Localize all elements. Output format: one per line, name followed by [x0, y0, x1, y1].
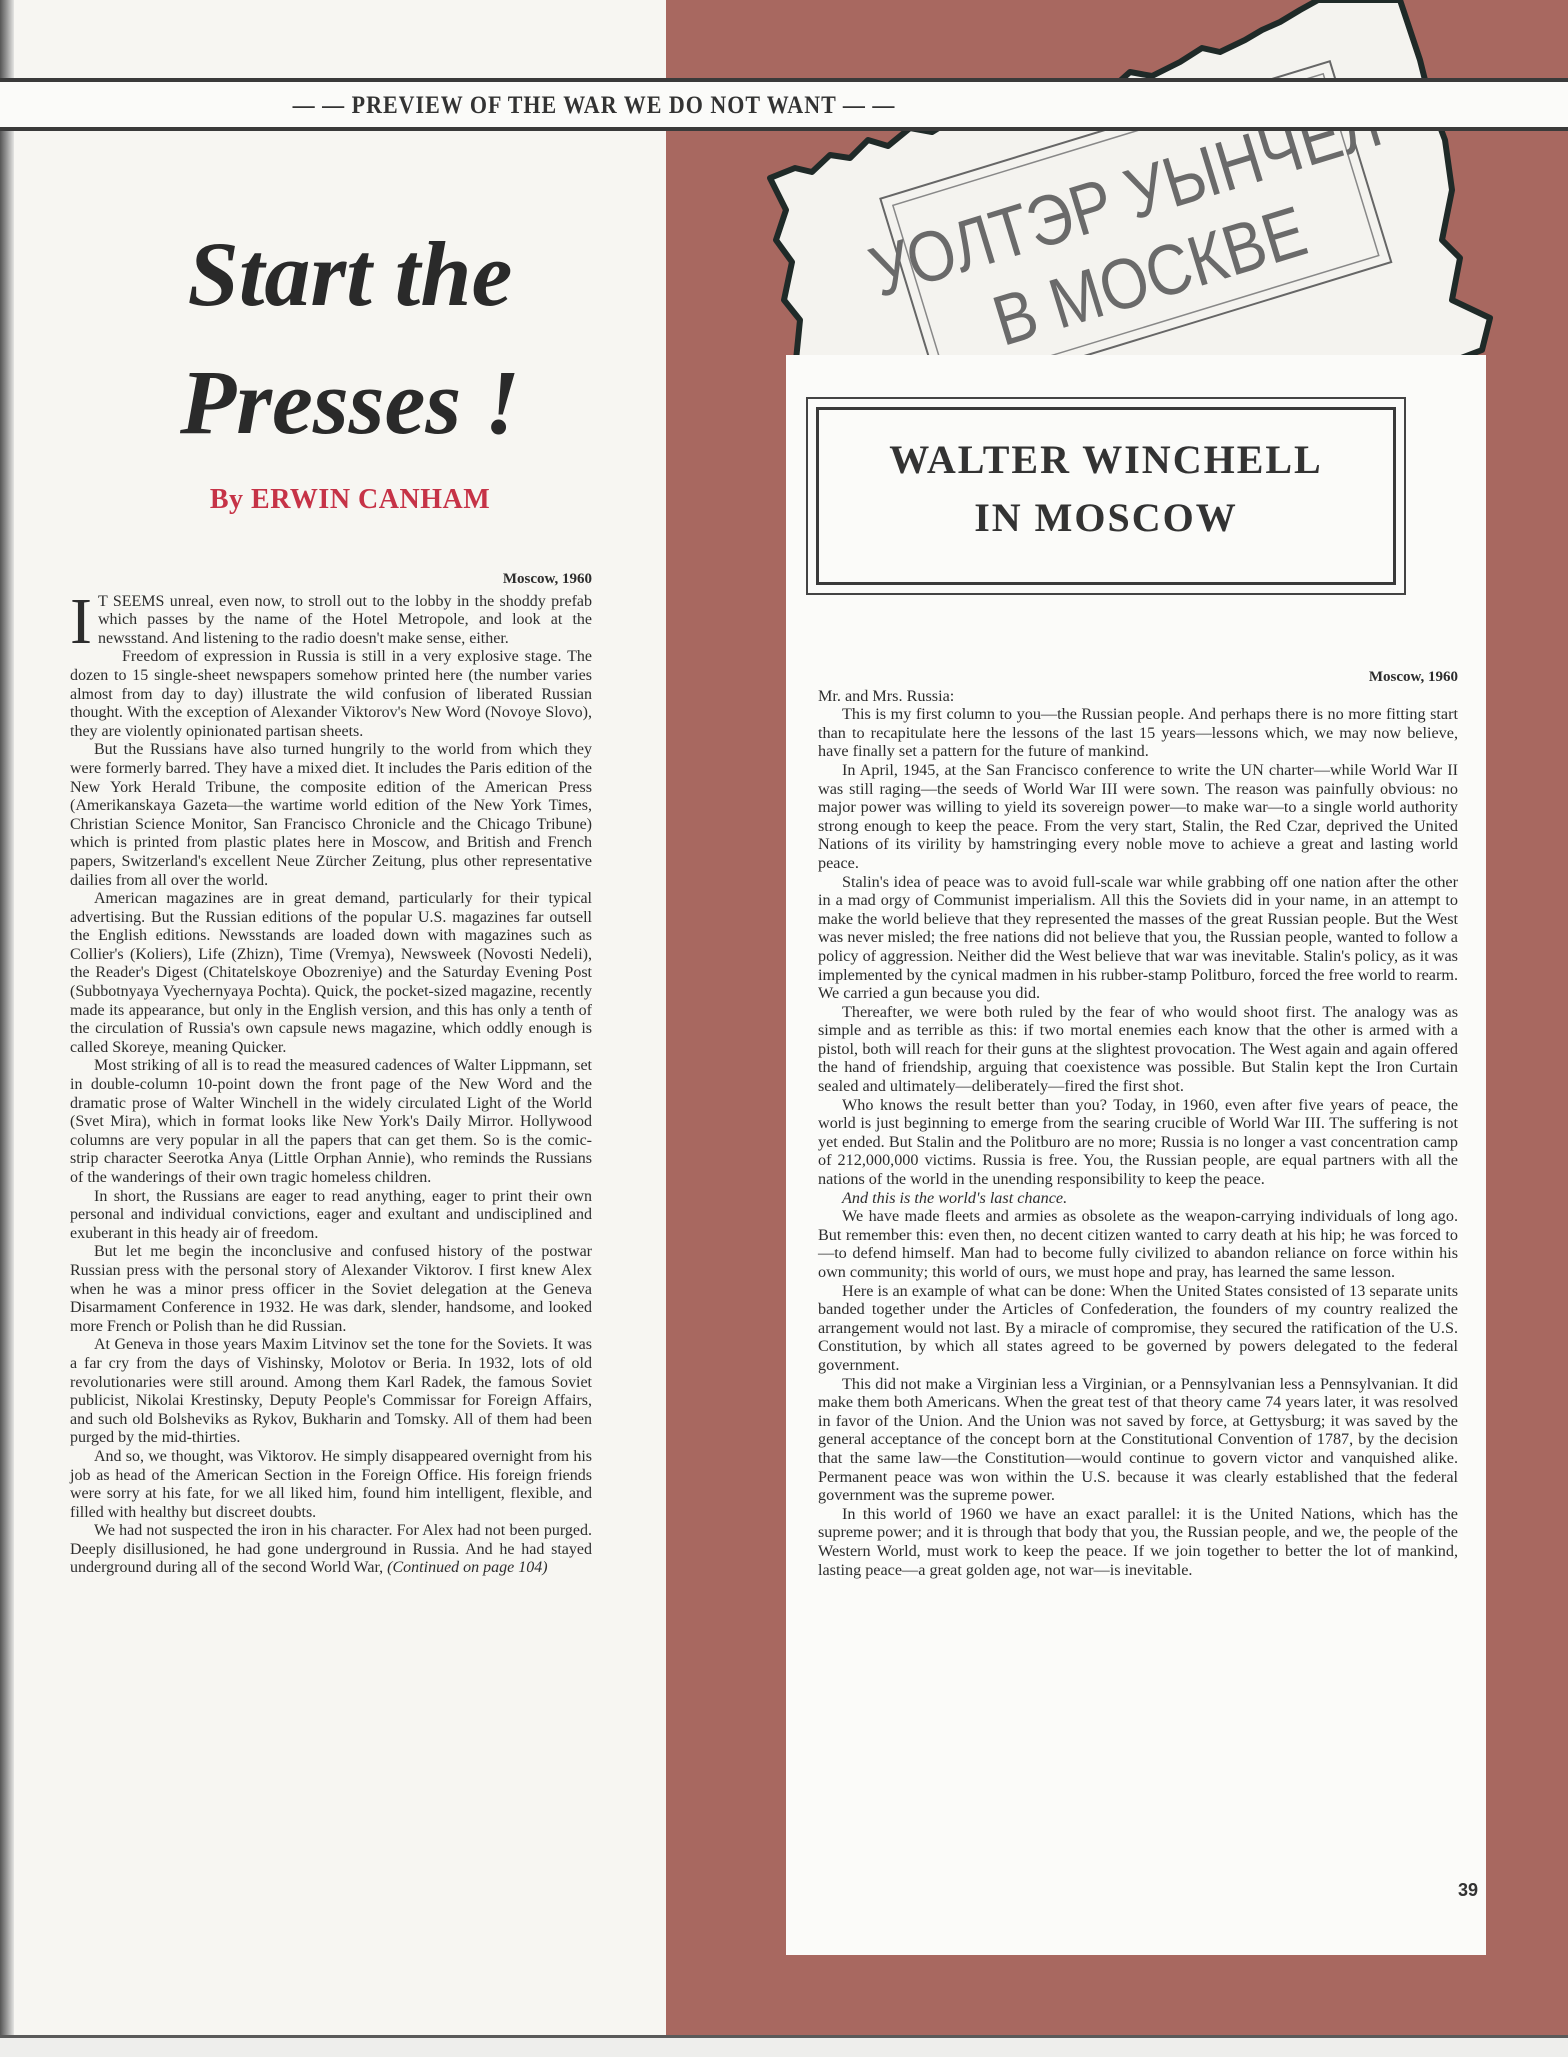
paragraph: In April, 1945, at the San Francisco con… — [818, 761, 1458, 873]
torn-newspaper-illustration: УОЛТЭР УЫНЧЕЛ В МОСКВЕ — [700, 0, 1530, 380]
paragraph: But the Russians have also turned hungri… — [70, 741, 592, 890]
paragraph: Who knows the result better than you? To… — [818, 1096, 1458, 1189]
italic-emphasis-line: And this is the world's last chance. — [818, 1189, 1458, 1208]
paragraph: And so, we thought, was Viktorov. He sim… — [70, 1448, 592, 1522]
salutation: Mr. and Mrs. Russia: — [818, 687, 1458, 706]
page-number: 39 — [1058, 1880, 1478, 1901]
dateline: Moscow, 1960 — [70, 570, 592, 589]
paragraph: Here is an example of what can be done: … — [818, 1282, 1458, 1375]
paragraph: We had not suspected the iron in his cha… — [70, 1522, 592, 1578]
title-line-2: Presses ! — [100, 338, 600, 466]
right-article-body: Moscow, 1960 Mr. and Mrs. Russia: This i… — [818, 668, 1458, 1579]
series-banner: — — PREVIEW OF THE WAR WE DO NOT WANT — … — [0, 78, 1568, 131]
headline-frame: WALTER WINCHELL IN MOSCOW — [806, 397, 1406, 595]
paragraph: Freedom of expression in Russia is still… — [70, 648, 592, 741]
headline-line-1: WALTER WINCHELL — [889, 431, 1322, 489]
dateline: Moscow, 1960 — [818, 668, 1458, 687]
left-article-body: Moscow, 1960 IT SEEMS unreal, even now, … — [70, 570, 592, 1578]
page-spine-shadow — [0, 0, 14, 2057]
paragraph: This did not make a Virginian less a Vir… — [818, 1375, 1458, 1505]
drop-cap: I — [70, 595, 92, 649]
paragraph: This is my first column to you—the Russi… — [818, 705, 1458, 761]
byline: By ERWIN CANHAM — [70, 484, 630, 516]
paragraph: IT SEEMS unreal, even now, to stroll out… — [70, 593, 592, 649]
headline-line-2: IN MOSCOW — [974, 489, 1238, 547]
paragraph: We have made fleets and armies as obsole… — [818, 1207, 1458, 1281]
paragraph: American magazines are in great demand, … — [70, 890, 592, 1057]
paragraph: In short, the Russians are eager to read… — [70, 1188, 592, 1244]
banner-text: — — PREVIEW OF THE WAR WE DO NOT WANT — … — [293, 90, 896, 120]
paragraph: But let me begin the inconclusive and co… — [70, 1243, 592, 1336]
paragraph: At Geneva in those years Maxim Litvinov … — [70, 1336, 592, 1448]
paragraph: In this world of 1960 we have an exact p… — [818, 1505, 1458, 1579]
title-line-1: Start the — [100, 210, 600, 338]
paragraph: Most striking of all is to read the meas… — [70, 1057, 592, 1187]
continued-link[interactable]: (Continued on page 104) — [387, 1559, 547, 1576]
article-title: Start the Presses ! — [100, 210, 600, 466]
paragraph: Thereafter, we were both ruled by the fe… — [818, 1003, 1458, 1096]
paragraph: Stalin's idea of peace was to avoid full… — [818, 873, 1458, 1003]
page-bottom-edge — [0, 2035, 1568, 2057]
